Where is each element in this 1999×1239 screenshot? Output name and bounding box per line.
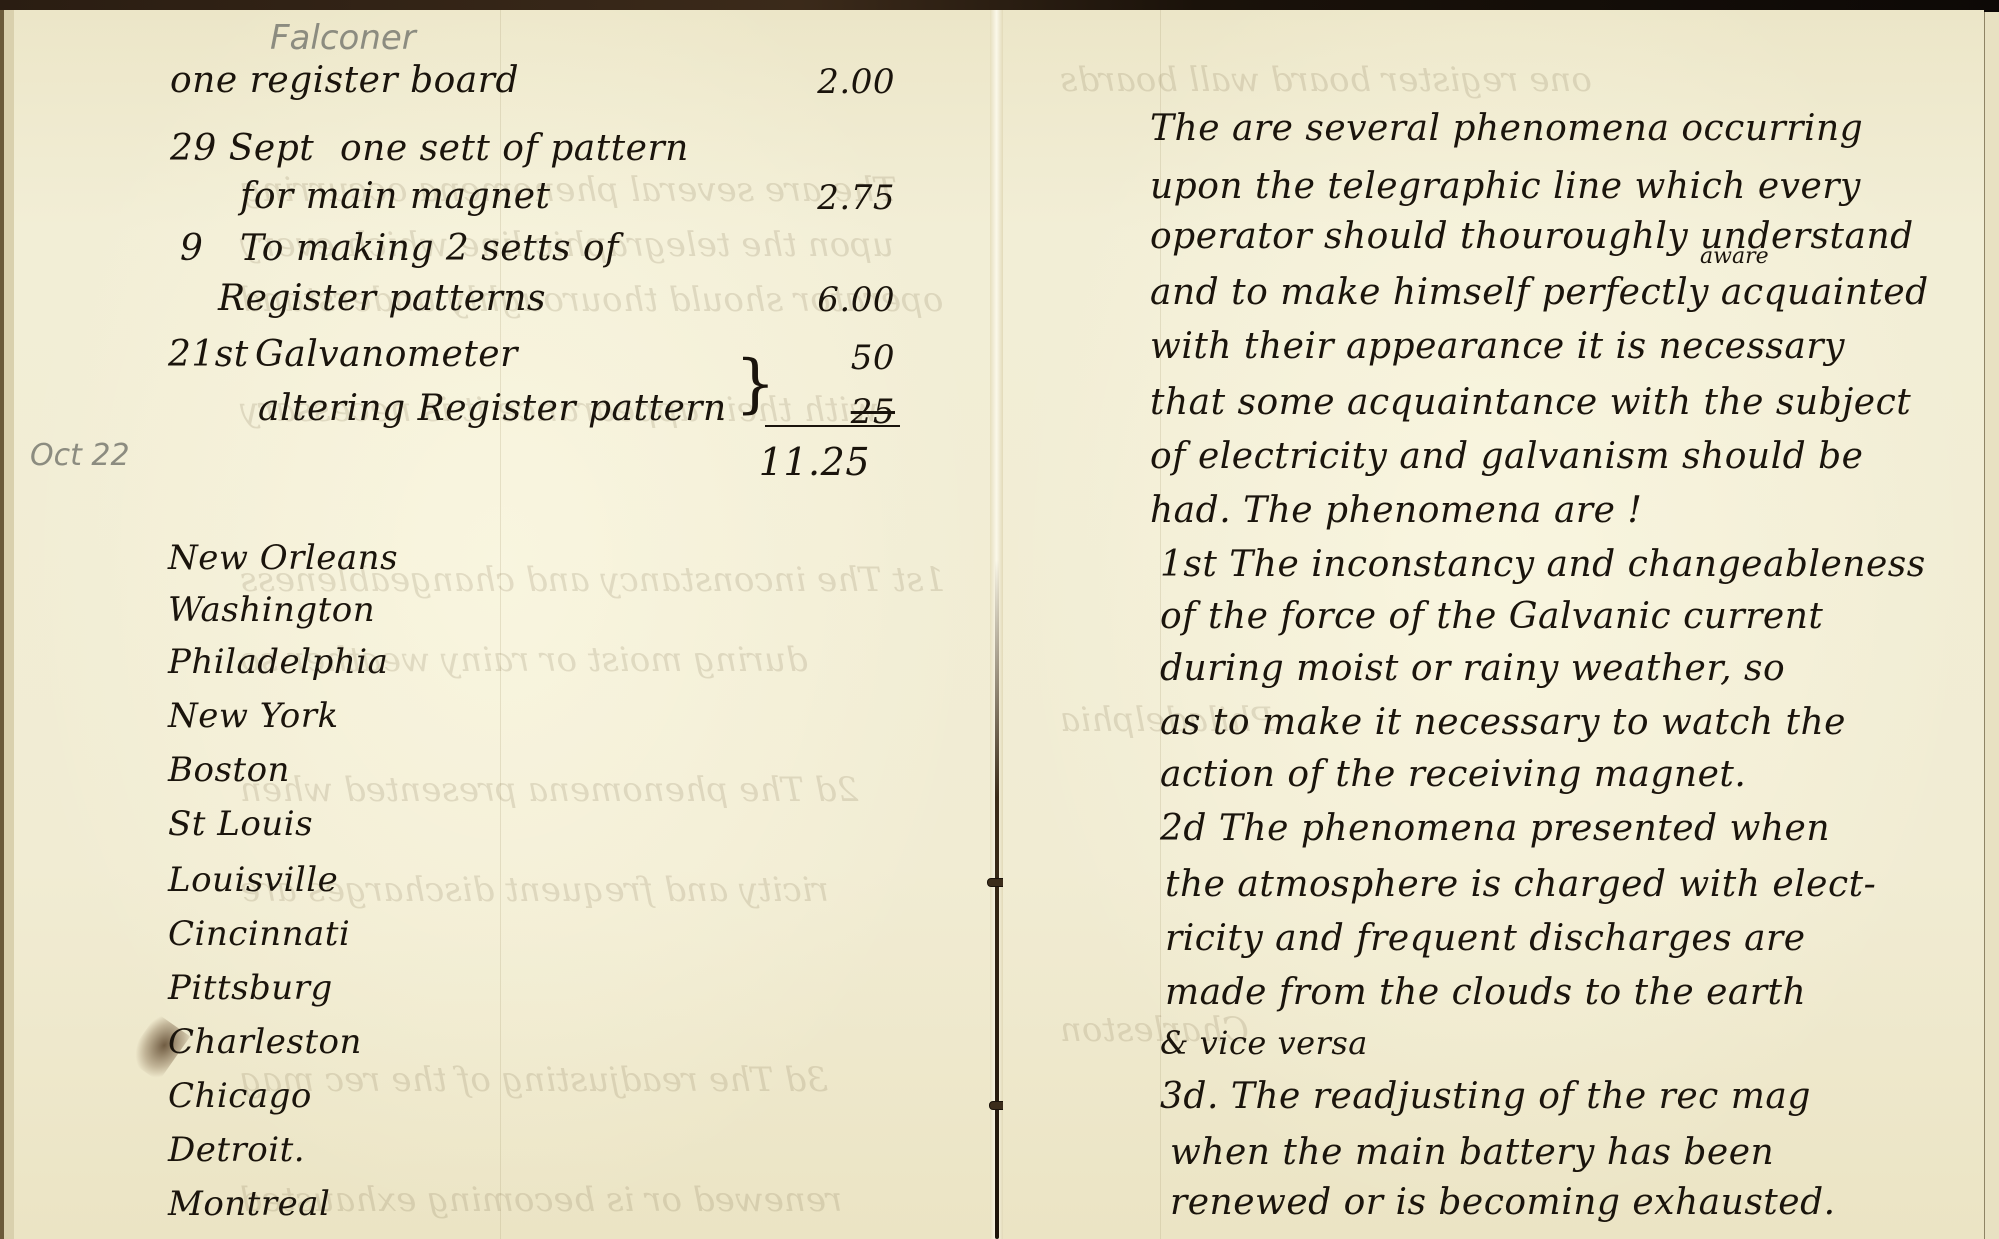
body-text-line: operator should thouroughly understand xyxy=(1150,216,1914,257)
city-list-item: New Orleans xyxy=(168,538,398,578)
body-text-line: that some acquaintance with the subject xyxy=(1150,382,1911,423)
ledger-total: 11.25 xyxy=(730,440,870,484)
body-text-line: renewed or is becoming exhausted. xyxy=(1170,1182,1836,1223)
body-text-line: had. The phenomena are ! xyxy=(1150,490,1642,531)
ledger-item-description: To making 2 setts of xyxy=(240,228,619,269)
body-text-line: of electricity and galvanism should be xyxy=(1150,436,1863,477)
body-text-line: action of the receiving magnet. xyxy=(1160,754,1746,795)
ledger-item-date: 9 xyxy=(180,228,203,269)
ledger-item-date: 29 Sept xyxy=(170,128,314,169)
ledger-item-amount: 2.75 xyxy=(755,178,895,218)
body-text-line: 2d The phenomena presented when xyxy=(1160,808,1830,849)
sum-rule-line xyxy=(765,425,900,427)
ledger-item-date: 21st xyxy=(168,334,249,375)
margin-date-note: Oct 22 xyxy=(30,438,130,473)
city-list-item: Detroit. xyxy=(168,1130,305,1170)
body-text-line: with their appearance it is necessary xyxy=(1150,326,1845,367)
body-text-line: & vice versa xyxy=(1160,1024,1368,1062)
body-text-line: when the main battery has been xyxy=(1170,1132,1774,1173)
body-text-line: The are several phenomena occurring xyxy=(1150,108,1863,149)
ledger-item-description: Galvanometer xyxy=(255,334,518,375)
ledger-item-description: altering Register pattern xyxy=(258,388,727,429)
body-text-line: upon the telegraphic line which every xyxy=(1150,166,1861,207)
ledger-item-amount: 2.00 xyxy=(755,62,895,102)
city-list-item: Montreal xyxy=(168,1184,330,1224)
underlying-page-edge xyxy=(1984,12,1999,1239)
body-text-line: as to make it necessary to watch the xyxy=(1160,702,1846,743)
city-list-item: Chicago xyxy=(168,1076,312,1116)
body-text-line: and to make himself perfectly acquainted xyxy=(1150,272,1929,313)
body-text-line: of the force of the Galvanic current xyxy=(1160,596,1823,637)
ledger-item-amount: 6.00 xyxy=(755,280,895,320)
city-list-item: Washington xyxy=(168,590,375,630)
city-list-item: St Louis xyxy=(168,804,313,844)
spine-crease xyxy=(995,560,999,1239)
body-text-line: the atmosphere is charged with elect- xyxy=(1165,864,1876,905)
body-text-line: 1st The inconstancy and changeableness xyxy=(1160,544,1926,585)
city-list-item: Cincinnati xyxy=(168,914,350,954)
body-text-line: made from the clouds to the earth xyxy=(1165,972,1806,1013)
ledger-item-description: for main magnet xyxy=(240,176,551,217)
body-text-line: ricity and frequent discharges are xyxy=(1165,918,1806,959)
city-list-item: Charleston xyxy=(168,1022,362,1062)
city-list-item: Philadelphia xyxy=(168,642,388,682)
pencil-header-name: Falconer xyxy=(270,18,416,58)
city-list-item: Louisville xyxy=(168,860,338,900)
ledger-item-description: Register patterns xyxy=(218,278,546,319)
city-list-item: New York xyxy=(168,696,339,736)
city-list-item: Boston xyxy=(168,750,290,790)
ledger-item-amount: 50 xyxy=(755,338,895,378)
city-list-item: Pittsburg xyxy=(168,968,333,1008)
body-text-line: 3d. The readjusting of the rec mag xyxy=(1160,1076,1811,1117)
body-text-line: during moist or rainy weather, so xyxy=(1160,648,1785,689)
ledger-item-description: one sett of pattern xyxy=(340,128,689,169)
ledger-item-description: one register board xyxy=(170,60,519,101)
